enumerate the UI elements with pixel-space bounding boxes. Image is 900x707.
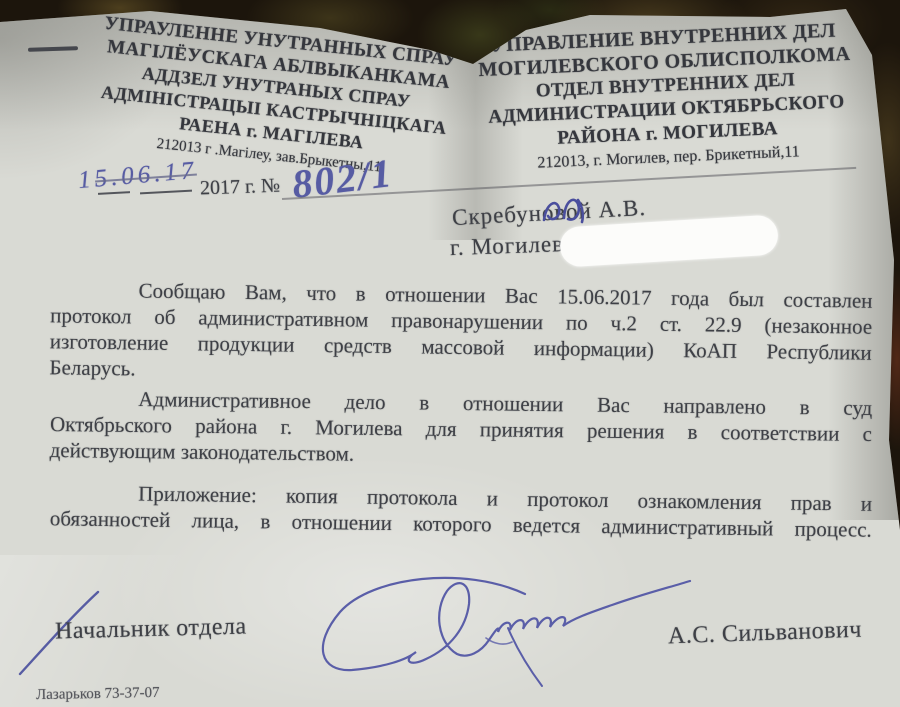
body-paragraph: Приложение: копия протокола и протокол о… (50, 479, 873, 542)
body-paragraph: Сообщаю Вам, что в отношении Вас 15.06.2… (49, 276, 872, 391)
date-blank-line (140, 190, 192, 195)
executor-contact: Лазарьков 73-37-07 (36, 685, 160, 704)
body-paragraph: Административное дело в отношении Вас на… (50, 385, 873, 473)
signer-name: А.С. Сильванович (668, 617, 863, 651)
ink-scribble (538, 192, 594, 230)
photo-background: УПРАУЛЕННЕ УНУТРАННЫХ СПРАУ МАГІЛЁУСКАГА… (0, 0, 900, 707)
signer-position: Начальник отдела (55, 613, 247, 645)
letterhead-russian: УПРАВЛЕНИЕ ВНУТРЕННИХ ДЕЛ МОГИЛЕВСКОГО О… (445, 17, 887, 180)
addressee-city: г. Могилев, (450, 231, 572, 261)
document-paper: УПРАУЛЕННЕ УНУТРАННЫХ СПРАУ МАГІЛЁУСКАГА… (0, 0, 900, 707)
date-blank-line (98, 191, 130, 195)
ref-number-label: 2017 г. № (200, 175, 281, 201)
signature-stroke (290, 560, 700, 700)
